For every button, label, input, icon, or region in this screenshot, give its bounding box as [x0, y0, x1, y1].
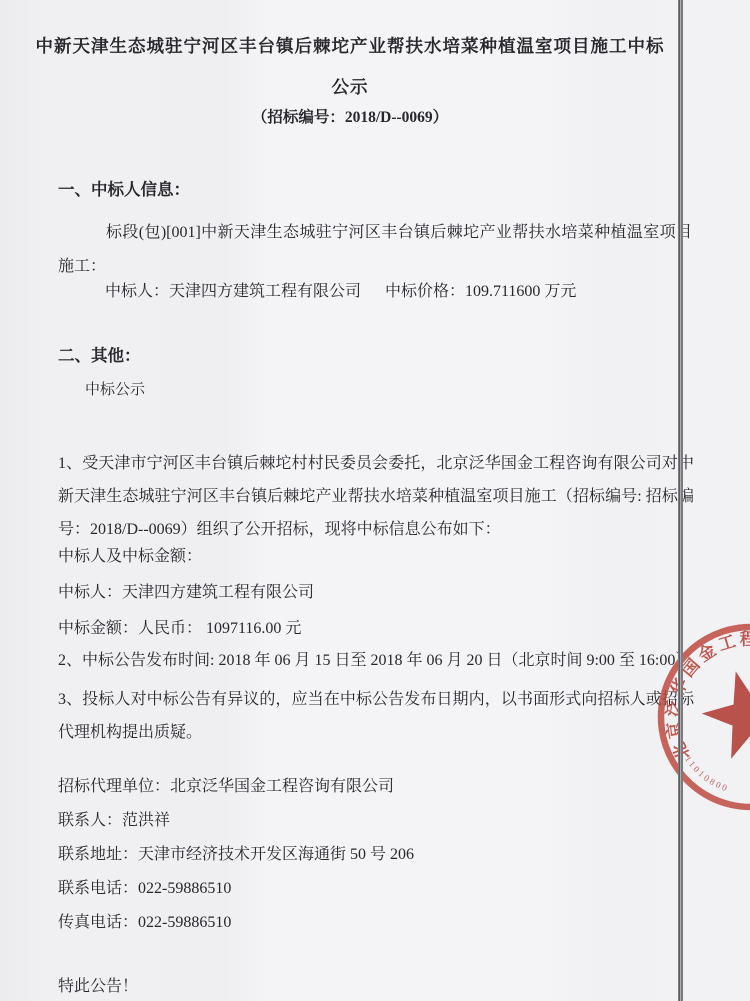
seal-number-text: 11010800: [682, 749, 732, 799]
announcement-item-2: 2、中标公告发布时间: 2018 年 06 月 15 日至 2018 年 06 …: [58, 651, 691, 671]
closing-statement: 特此公告！: [58, 977, 138, 997]
winning-price: 中标价格：109.711600 万元: [385, 282, 576, 302]
tender-number: （招标编号：2018/D--0069）: [0, 108, 700, 128]
contact-phone: 联系电话：022-59886510: [58, 879, 231, 899]
package-paragraph: 标段(包)[001]中新天津生态城驻宁河区丰台镇后棘坨产业帮扶水培菜种植温室项目…: [58, 216, 692, 284]
scan-edge-line: [678, 0, 683, 1001]
section2-heading: 二、其他：: [58, 346, 141, 366]
document-title-line2: 公示: [0, 77, 700, 97]
announcement-subtitle: 中标公示: [85, 380, 145, 400]
agent-company: 招标代理单位：北京泛华国金工程咨询有限公司: [58, 777, 394, 797]
section1-heading: 一、中标人信息：: [58, 180, 190, 200]
document-title-line1: 中新天津生态城驻宁河区丰台镇后棘坨产业帮扶水培菜种植温室项目施工中标: [0, 36, 700, 56]
winner-name: 中标人：天津四方建筑工程有限公司: [105, 282, 361, 302]
announcement-item-3: 3、投标人对中标公告有异议的，应当在中标公告发布日期内，以书面形式向招标人或招标…: [58, 683, 694, 749]
scanned-document-page: { "page": { "paper_color": "#f1f1f4", "t…: [0, 0, 750, 1001]
winning-amount: 中标金额：人民币： 1097116.00 元: [58, 619, 301, 639]
contact-fax: 传真电话：022-59886510: [58, 913, 231, 933]
winner-amount-heading: 中标人及中标金额：: [58, 547, 202, 567]
contact-address: 联系地址：天津市经济技术开发区海通街 50 号 206: [58, 845, 414, 865]
winner-name-repeat: 中标人：天津四方建筑工程有限公司: [58, 583, 314, 603]
contact-person: 联系人：范洪祥: [58, 811, 170, 831]
announcement-paragraph-1: 1、受天津市宁河区丰台镇后棘坨村村民委员会委托，北京泛华国金工程咨询有限公司对中…: [58, 447, 694, 546]
star-icon: [693, 660, 750, 763]
